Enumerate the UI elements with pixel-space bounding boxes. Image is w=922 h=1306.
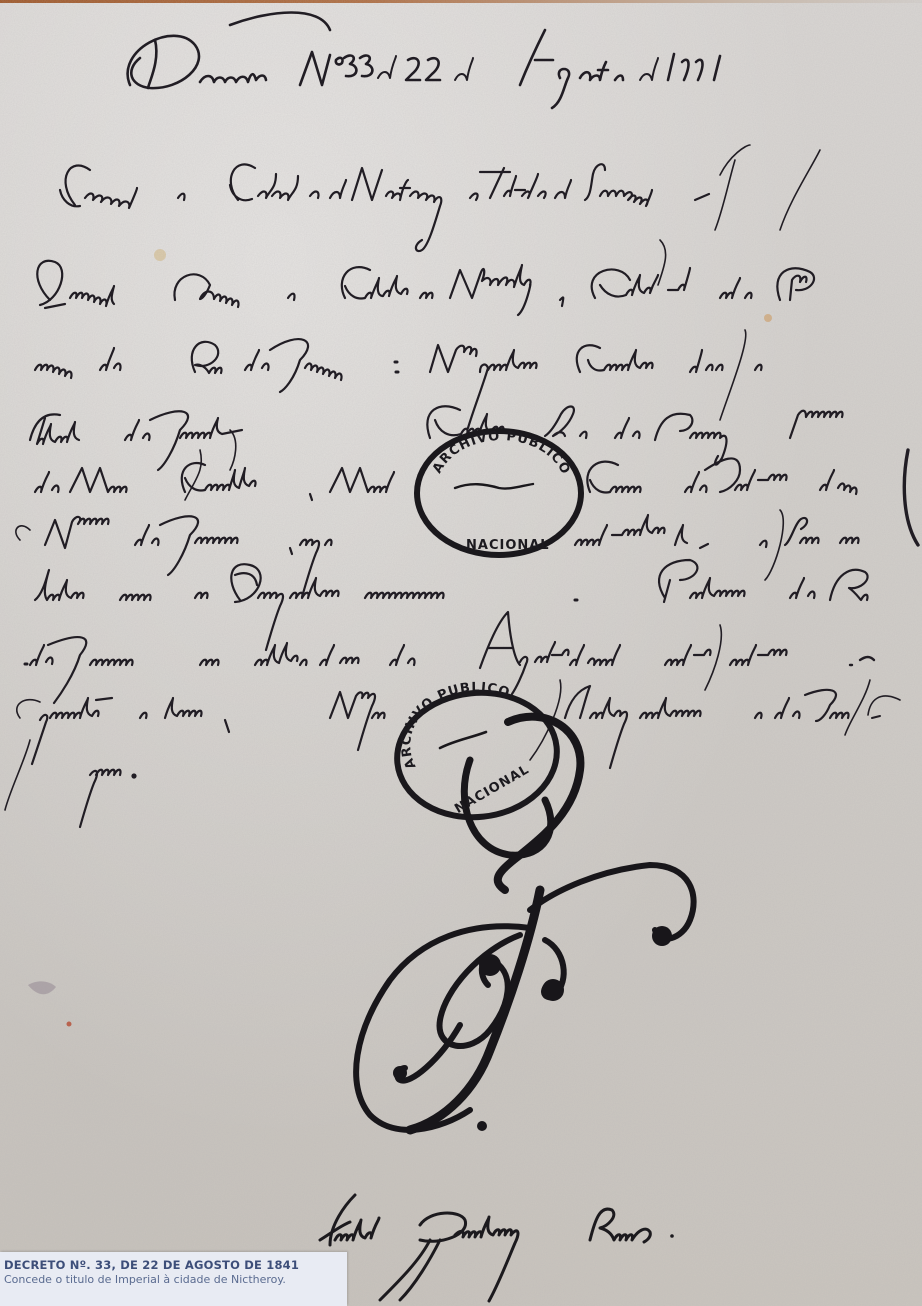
- heading-text: Decreto Nº 33 de 22 de Agosto de 1841: [120, 50, 682, 80]
- stain: [67, 1022, 72, 1027]
- document-photo: ARCHIVO PUBLICO NACIONAL ARCHIVO PUBLICO…: [0, 0, 922, 1306]
- body-line-4: do Meu Conselho, Ministro e Secretario d…: [25, 465, 798, 495]
- body-line-2: vincia do Rio de Janeiro: Hei por bem co…: [25, 342, 775, 372]
- signature-text: Candido José de Araujo Vianna: [320, 1210, 757, 1240]
- caption-label: DECRETO Nº. 33, DE 22 DE AGOSTO DE 1841 …: [0, 1252, 347, 1306]
- body-line-7: de Janeiro em vinte e dois de Agosto de …: [25, 638, 830, 668]
- stain: [764, 314, 772, 322]
- body-line-3: Titulo de Imperial. – Candido José de Ar…: [25, 412, 768, 442]
- margin-bracket: [904, 450, 918, 545]
- stain: [28, 981, 56, 994]
- body-line-1: Querendo Honrar a Cidade de Nictheroy, C…: [25, 272, 828, 302]
- stain: [154, 249, 166, 261]
- body-line-9: perio.: [25, 748, 107, 778]
- caption-subtitle: Concede o titulo de Imperial à cidade de…: [4, 1273, 347, 1287]
- subject-text: Concede à Cidade de Nictheroy o Titulo d…: [55, 170, 816, 200]
- body-line-6: ecutar com os Despachos necessarios. Pal…: [25, 572, 777, 602]
- caption-title: DECRETO Nº. 33, DE 22 DE AGOSTO DE 1841: [4, 1258, 347, 1273]
- rubric-text: PR: [480, 950, 519, 980]
- body-line-5: Negocios do Imperio, assim o tenha enten…: [25, 518, 836, 548]
- body-line-8: quarenta e hum, Vigesimo da Independenci…: [25, 692, 781, 722]
